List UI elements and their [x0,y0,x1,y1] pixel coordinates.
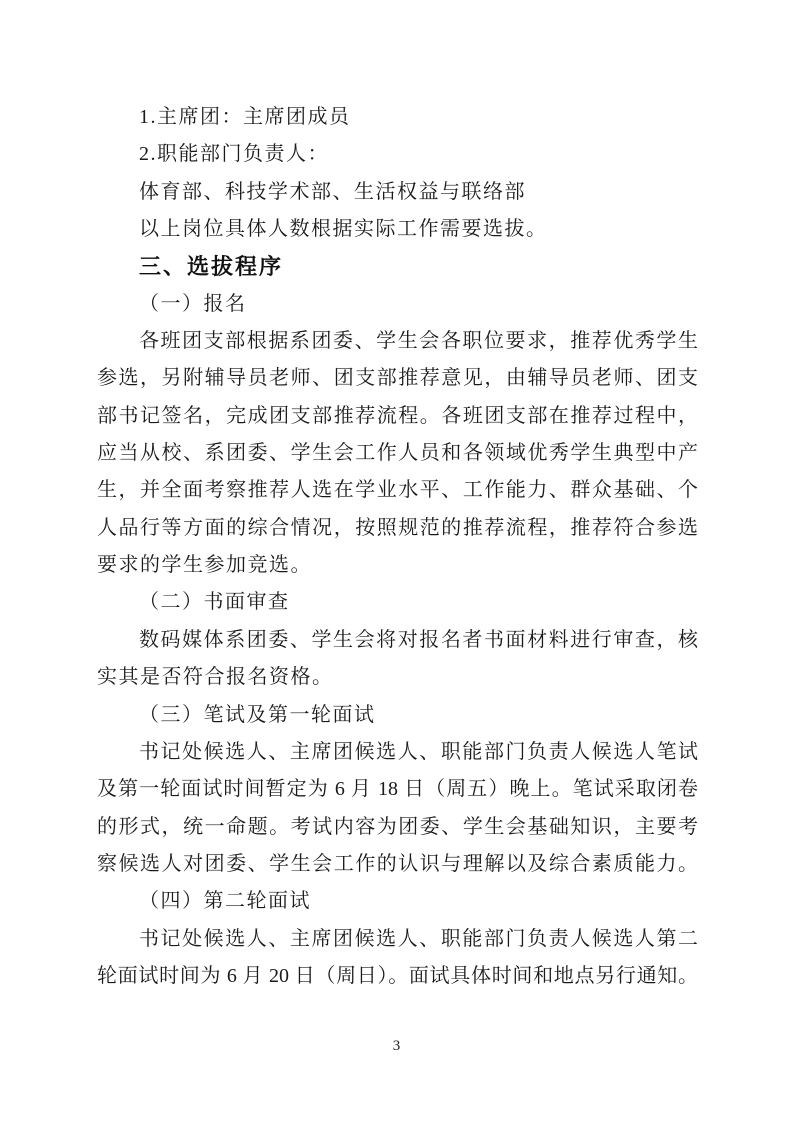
document-page: 1.主席团：主席团成员 2.职能部门负责人： 体育部、科技学术部、生活权益与联络… [0,0,793,1122]
list-item-department-heads: 2.职能部门负责人： [97,136,698,173]
doc-line: 部书记签名，完成团支部推荐流程。各班团支部在推荐过程中， [97,398,698,435]
doc-line: 轮面试时间为 6 月 20 日（周日）。面试具体时间和地点另行通知。 [97,958,698,995]
doc-line: 实其是否符合报名资格。 [97,659,698,696]
doc-line: 察候选人对团委、学生会工作的认识与理解以及综合素质能力。 [97,846,698,883]
subsection-heading-written-test-first-interview: （三）笔试及第一轮面试 [97,697,698,734]
page-number: 3 [0,1038,793,1055]
doc-line: 人品行等方面的综合情况，按照规范的推荐流程，推荐符合参选 [97,510,698,547]
doc-line: 书记处候选人、主席团候选人、职能部门负责人候选人第二 [97,921,698,958]
doc-line: 书记处候选人、主席团候选人、职能部门负责人候选人笔试 [97,734,698,771]
doc-line: 及第一轮面试时间暂定为 6 月 18 日（周五）晚上。笔试采取闭卷 [97,771,698,808]
doc-line: 生，并全面考察推荐人选在学业水平、工作能力、群众基础、个 [97,472,698,509]
doc-line: 体育部、科技学术部、生活权益与联络部 [97,174,698,211]
doc-line: 以上岗位具体人数根据实际工作需要选拔。 [97,211,698,248]
doc-line: 数码媒体系团委、学生会将对报名者书面材料进行审查，核 [97,622,698,659]
doc-line: 要求的学生参加竞选。 [97,547,698,584]
subsection-heading-registration: （一）报名 [97,286,698,323]
doc-line: 各班团支部根据系团委、学生会各职位要求，推荐优秀学生 [97,323,698,360]
doc-line: 应当从校、系团委、学生会工作人员和各领域优秀学生典型中产 [97,435,698,472]
subsection-heading-written-review: （二）书面审查 [97,584,698,621]
doc-line: 参选，另附辅导员老师、团支部推荐意见，由辅导员老师、团支 [97,360,698,397]
subsection-heading-second-interview: （四）第二轮面试 [97,883,698,920]
document-body: 1.主席团：主席团成员 2.职能部门负责人： 体育部、科技学术部、生活权益与联络… [97,99,698,995]
section-heading-selection-procedure: 三、选拔程序 [97,248,698,285]
list-item-chairman-group: 1.主席团：主席团成员 [97,99,698,136]
doc-line: 的形式，统一命题。考试内容为团委、学生会基础知识，主要考 [97,809,698,846]
